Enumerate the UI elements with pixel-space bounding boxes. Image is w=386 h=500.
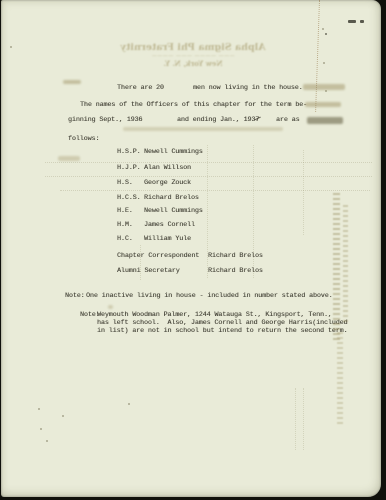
intro-line4: follows: (68, 135, 99, 143)
bleed-ruled-line (253, 145, 254, 278)
bleed-smudge (108, 305, 113, 309)
bleed-ruled-line (295, 388, 296, 450)
resident-count: 20 (156, 84, 164, 92)
paper-sheet (1, 0, 381, 497)
officer-name: George Zouck (144, 179, 191, 187)
intro-line1-suffix: men now living in the house. (193, 84, 303, 92)
intro-line2: The names of the Officers of this chapte… (80, 101, 307, 109)
staple-mark (348, 20, 356, 23)
bleed-text-column (337, 332, 343, 427)
paper-speck (46, 440, 48, 442)
bleed-smudge (123, 127, 283, 131)
officer-name: James Cornell (144, 221, 195, 229)
bleed-ruled-line (45, 162, 372, 163)
intro-line3-start: ginning Sept., 1936 (68, 116, 142, 124)
paper-speck (10, 46, 12, 48)
paper-speck (62, 415, 64, 417)
bleed-ruled-line (60, 190, 370, 191)
officer-name: Newell Cummings (144, 148, 203, 156)
bleed-ruled-line (207, 145, 208, 278)
paper-speck (128, 403, 130, 405)
officer-title: Chapter Correspondent (117, 252, 199, 260)
bleed-smudge (307, 117, 343, 124)
intro-line1-prefix: There are (117, 84, 152, 92)
officer-name: Richard Brelos (208, 252, 263, 260)
bleed-ruled-line (140, 245, 141, 280)
bleed-smudge (303, 84, 345, 90)
note2-line3: in list) are not in school but intend to… (97, 327, 347, 335)
bleed-ruled-line (303, 388, 304, 450)
bleed-smudge (58, 156, 80, 161)
officer-title: H.J.P. (117, 164, 140, 172)
bleed-smudge (305, 102, 341, 107)
bleed-ruled-line (45, 176, 372, 177)
officer-name: William Yule (144, 235, 191, 243)
paper-speck (38, 408, 40, 410)
officer-name: Richard Brelos (144, 194, 199, 202)
bleed-text-column (333, 193, 340, 341)
officer-title: H.M. (117, 221, 133, 229)
paper-speck (325, 90, 327, 92)
officer-name: Richard Brelos (208, 267, 263, 275)
letterhead-line3: New York, N. Y. (0, 59, 386, 68)
scanned-document-page: Alpha Sigma Phi Fraternity ——— ———— ——— … (0, 0, 386, 500)
letterhead-bleedthrough: Alpha Sigma Phi Fraternity ——— ———— ——— … (0, 42, 386, 68)
bleed-ruled-line (303, 150, 304, 235)
note2-line1: Weymouth Woodman Palmer, 1244 Watauga St… (97, 311, 332, 319)
letterhead-line1: Alpha Sigma Phi Fraternity (0, 42, 386, 53)
officer-name: Newell Cummings (144, 207, 203, 215)
intro-line3-mid: and ending Jan., 1937 (177, 116, 259, 124)
officer-title: H.S.P. (117, 148, 140, 156)
officer-title: Alumni Secretary (117, 267, 180, 275)
officer-title: H.C. (117, 235, 133, 243)
note1-text: One inactive living in house - included … (86, 292, 333, 300)
intro-line3-end: are as (276, 116, 299, 124)
officer-title: H.C.S. (117, 194, 140, 202)
officer-name: Alan Willson (144, 164, 191, 172)
officer-title: H.E. (117, 207, 133, 215)
bleed-smudge (63, 80, 81, 84)
bleed-text-column (343, 205, 348, 325)
staple-mark (360, 20, 364, 23)
paper-speck (40, 428, 42, 430)
paper-speck (322, 28, 324, 30)
note1-label: Note: (65, 292, 85, 300)
paper-speck (323, 62, 325, 64)
officer-title: H.S. (117, 179, 133, 187)
note2-line2: has left school. Also, James Cornell and… (97, 319, 347, 327)
paper-speck (325, 33, 327, 35)
